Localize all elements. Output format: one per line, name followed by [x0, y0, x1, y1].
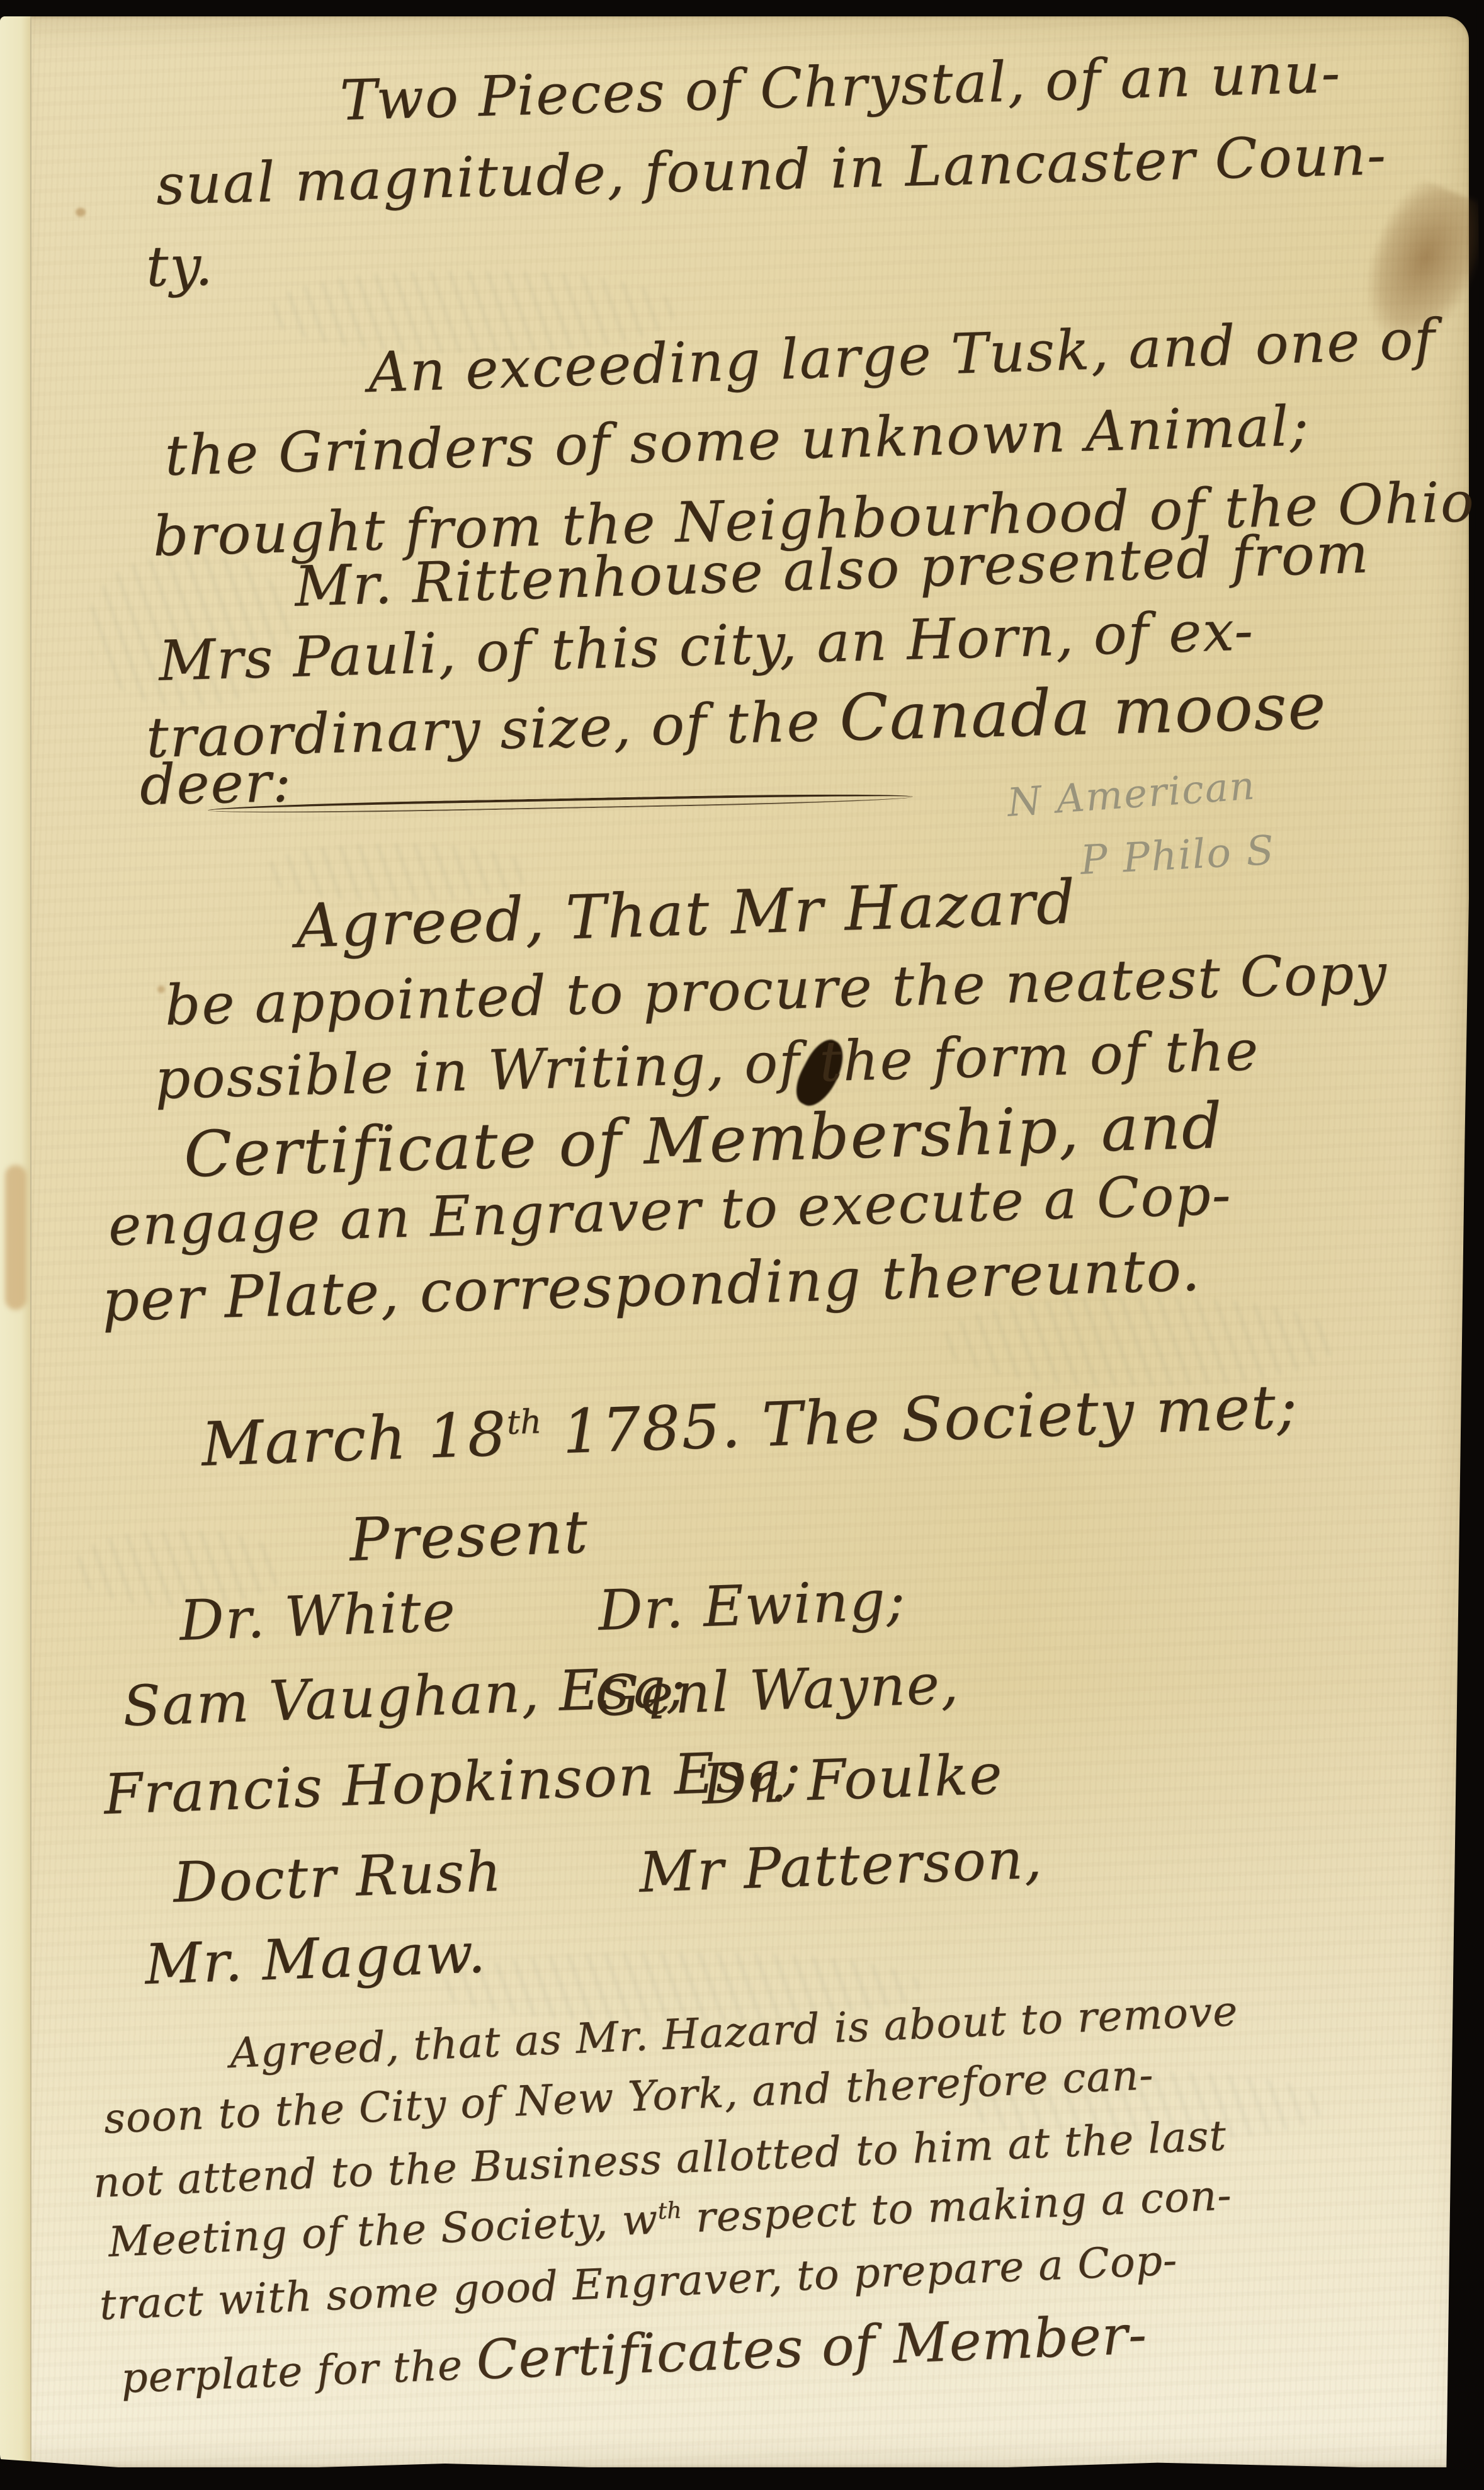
attendee-name: Mr. Magaw.: [144, 1920, 487, 1997]
manuscript-scan: Two Pieces of Chrystal, of an unu- sual …: [0, 0, 1484, 2490]
adjacent-page-edge: [0, 16, 31, 2467]
minute-line-part: perplate for the: [120, 2340, 477, 2402]
abbreviation-superscript: th: [657, 2197, 683, 2225]
attendee-name: Doctr Rush: [172, 1839, 503, 1915]
minute-line: ty.: [145, 233, 215, 299]
attendee-name: Genl Wayne,: [594, 1651, 960, 1729]
minute-line-part-emphasis: Canada moose: [839, 669, 1328, 755]
meeting-date: March 18: [200, 1399, 508, 1480]
attendee-name: Dr. White: [178, 1579, 457, 1653]
attendee-name: Dr. Ewing;: [597, 1567, 907, 1643]
date-superscript: th: [506, 1402, 542, 1442]
present-heading: Present: [348, 1498, 590, 1575]
attendee-name: Dr. Foulke: [701, 1741, 1004, 1817]
